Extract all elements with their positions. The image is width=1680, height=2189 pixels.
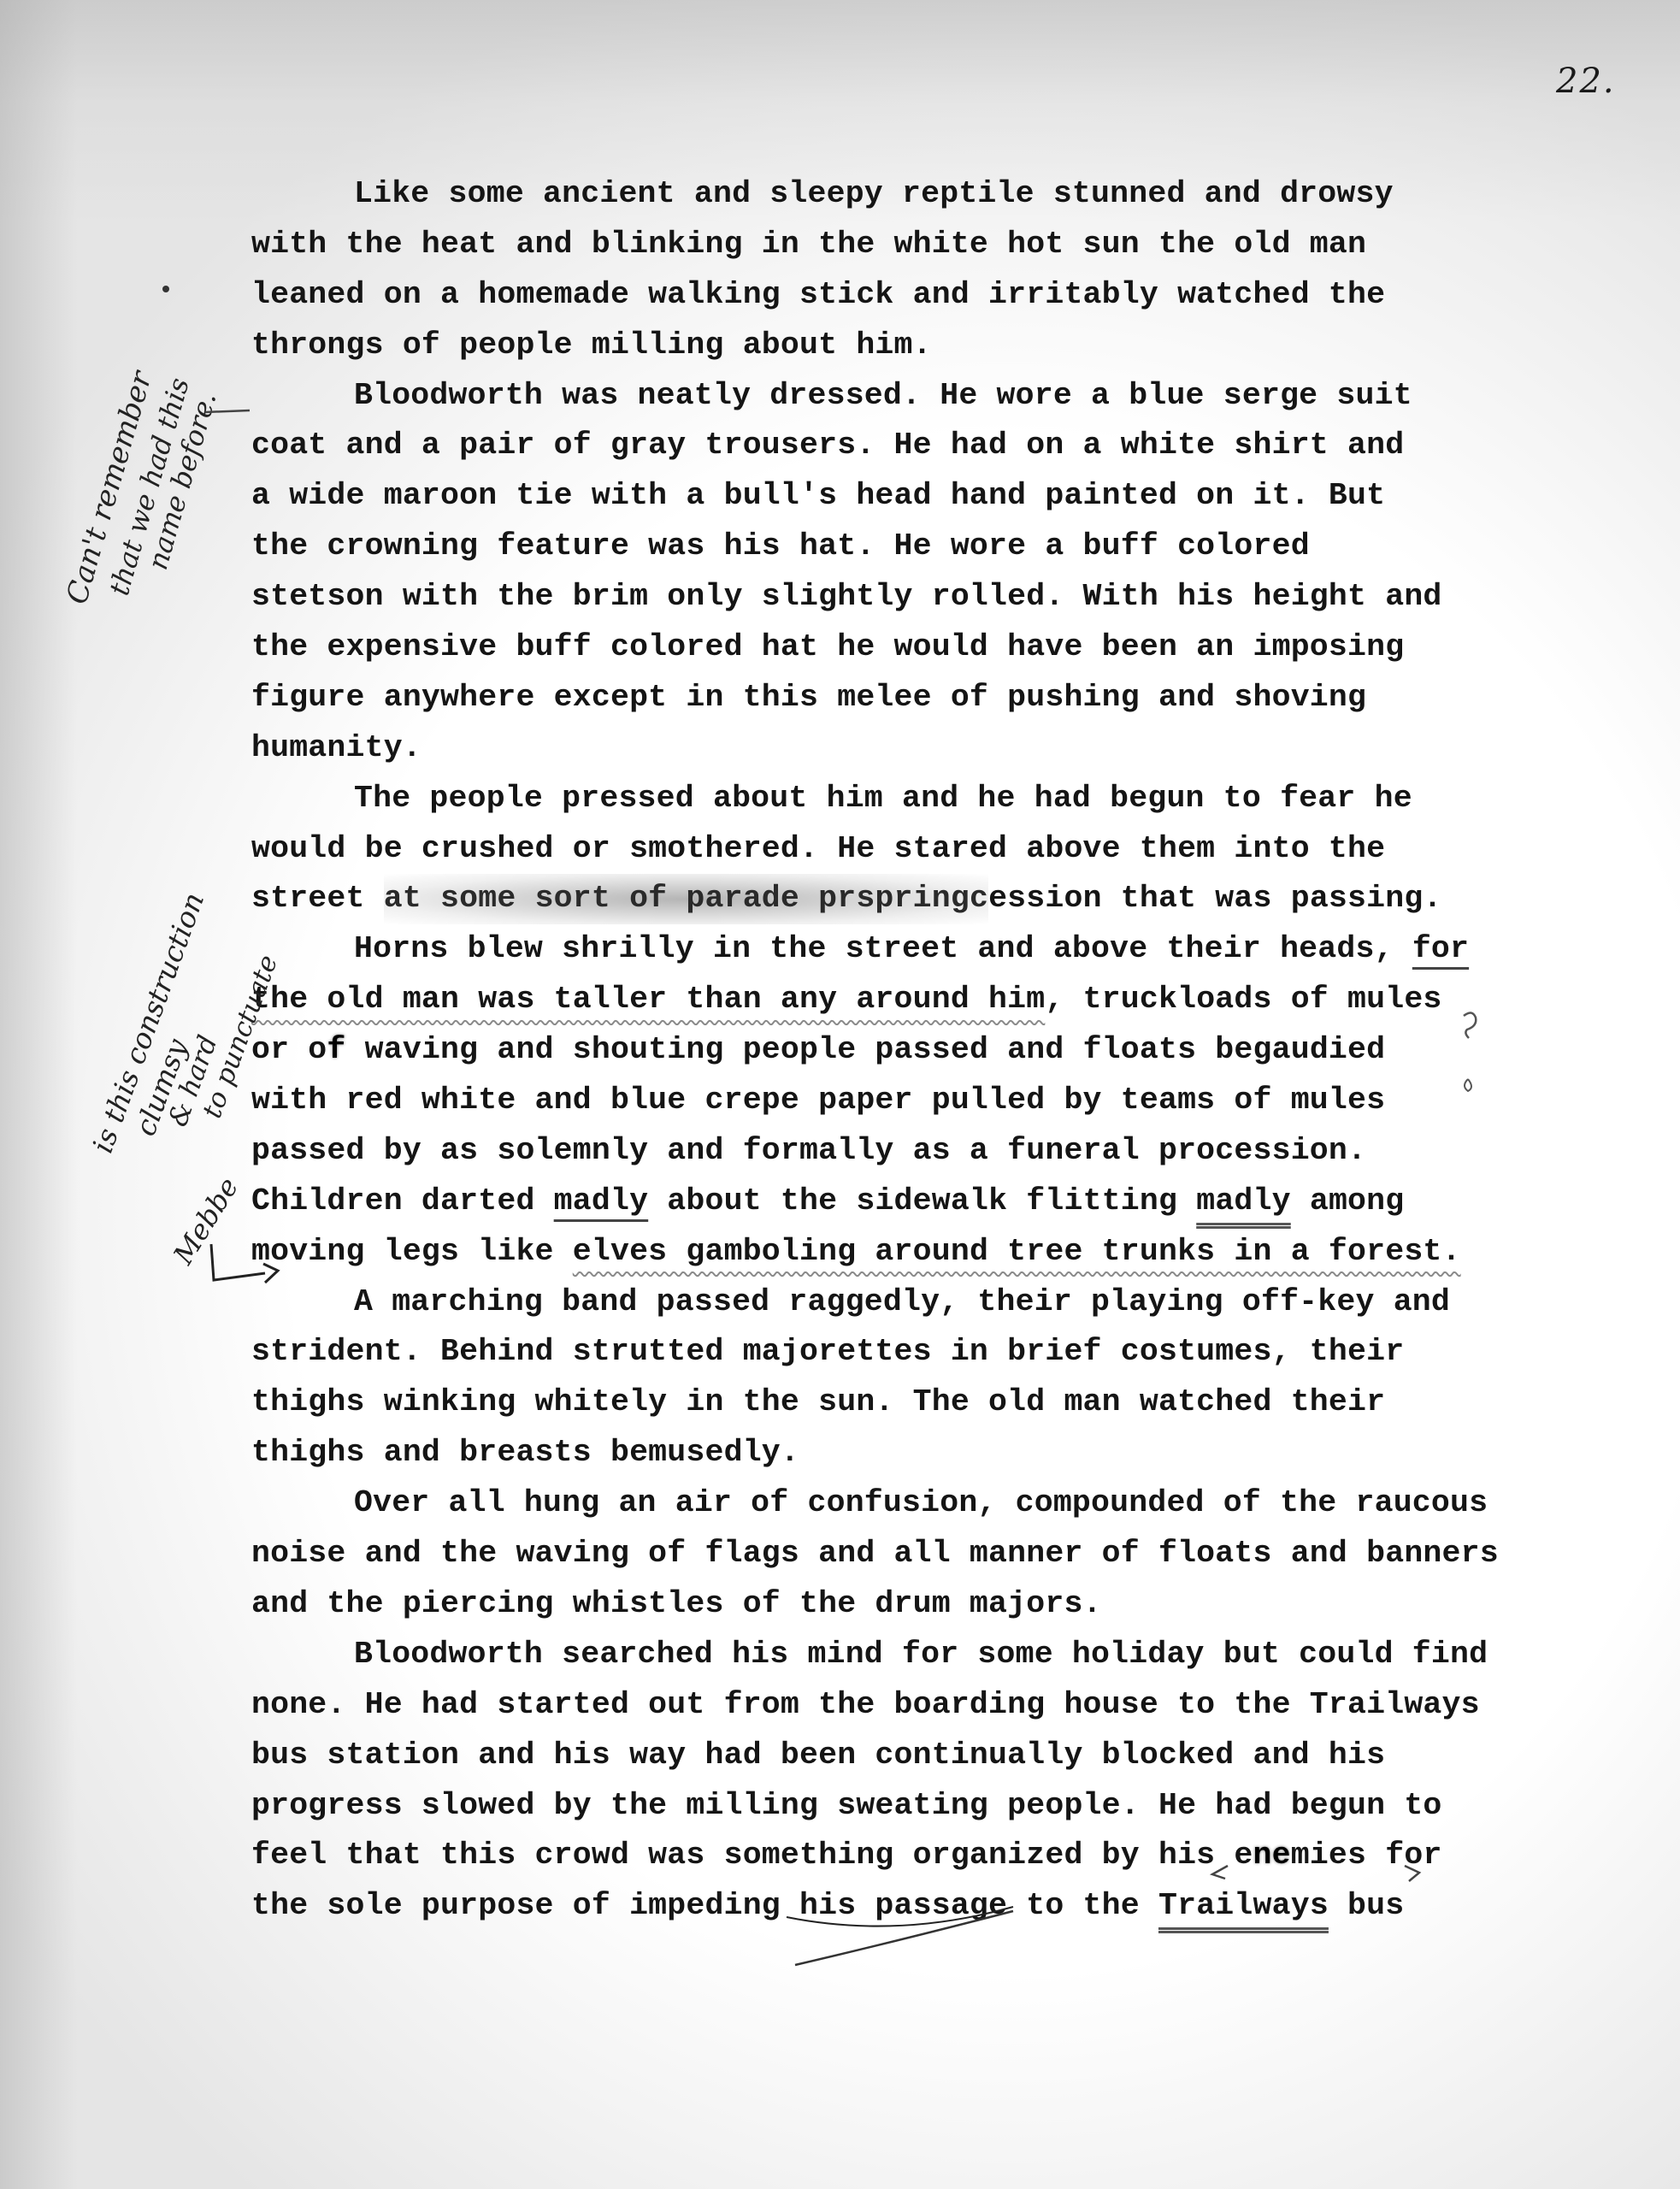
double-underlined-word: Trailways <box>1158 1888 1329 1923</box>
text-line: Children darted madly about the sidewalk… <box>251 1177 1653 1227</box>
text-line: Like some ancient and sleepy reptile stu… <box>251 169 1653 220</box>
text-line: the old man was taller than any around h… <box>251 975 1653 1025</box>
text-line: strident. Behind strutted majorettes in … <box>251 1327 1653 1378</box>
text: about the sidewalk flitting <box>648 1183 1196 1218</box>
text-line: none. He had started out from the boardi… <box>251 1680 1653 1731</box>
text-line: throngs of people milling about him. <box>251 321 1653 371</box>
text: , truckloads of mules <box>1045 982 1441 1017</box>
text-line: moving legs like elves gamboling around … <box>251 1227 1653 1277</box>
typed-strikeover: at some sort of parade prspringc <box>384 874 988 924</box>
page-number: 22. <box>1556 62 1616 101</box>
text-line: stetson with the brim only slightly roll… <box>251 572 1653 622</box>
wavy-underlined-phrase: elves gamboling around tree trunks in a … <box>573 1234 1461 1269</box>
wavy-underlined-phrase: the old man was taller than any around h… <box>251 982 1045 1017</box>
text-line: Bloodworth was neatly dressed. He wore a… <box>251 371 1653 422</box>
text: the sole purpose of impeding his passage… <box>251 1888 1158 1923</box>
text-line: the crowning feature was his hat. He wor… <box>251 522 1653 572</box>
text-line: Over all hung an air of confusion, compo… <box>251 1478 1653 1529</box>
double-underlined-word: madly <box>1196 1183 1291 1218</box>
text-line: progress slowed by the milling sweating … <box>251 1781 1653 1832</box>
dot-mark-icon <box>162 286 169 292</box>
text: street <box>251 881 384 916</box>
text-line: thighs and breasts bemusedly. <box>251 1428 1653 1478</box>
text-line: leaned on a homemade walking stick and i… <box>251 270 1653 321</box>
text-line: and the piercing whistles of the drum ma… <box>251 1579 1653 1630</box>
scan-shadow <box>0 0 77 2189</box>
text-line: Bloodworth searched his mind for some ho… <box>251 1630 1653 1680</box>
overstruck-letter: f <box>327 1032 345 1067</box>
text-line-with-strikeover: street at some sort of parade prspringce… <box>251 874 1653 924</box>
text-line: the sole purpose of impeding his passage… <box>251 1881 1653 1932</box>
manuscript-body: Like some ancient and sleepy reptile stu… <box>251 169 1653 1932</box>
text: moving legs like <box>251 1234 573 1269</box>
text-line: passed by as solemnly and formally as a … <box>251 1126 1653 1177</box>
text-line: coat and a pair of gray trousers. He had… <box>251 421 1653 471</box>
text-line: figure anywhere except in this melee of … <box>251 673 1653 723</box>
text: ession that was passing. <box>988 881 1442 916</box>
text: Children darted <box>251 1183 554 1218</box>
text-line: with the heat and blinking in the white … <box>251 220 1653 270</box>
text-line: the expensive buff colored hat he would … <box>251 622 1653 673</box>
margin-note-mebbe: Mebbe <box>167 1171 245 1270</box>
text-line: The people pressed about him and he had … <box>251 774 1653 824</box>
text: waving and shouting people passed and fl… <box>346 1032 1386 1067</box>
text-line: thighs winking whitely in the sun. The o… <box>251 1378 1653 1428</box>
text: among <box>1291 1183 1405 1218</box>
underlined-word: madly <box>554 1183 649 1218</box>
typed-manuscript-page: 22. Like some ancient and sleepy reptile… <box>0 0 1680 2189</box>
text-line: noise and the waving of flags and all ma… <box>251 1529 1653 1579</box>
overstruck-letters: ne <box>1253 1838 1291 1873</box>
underlined-word: for <box>1412 931 1469 966</box>
text-line: Horns blew shrilly in the street and abo… <box>251 924 1653 975</box>
text-line: would be crushed or smothered. He stared… <box>251 824 1653 875</box>
text: Horns blew shrilly in the street and abo… <box>354 931 1412 966</box>
text-line: with red white and blue crepe paper pull… <box>251 1076 1653 1126</box>
text: mies for <box>1291 1838 1442 1873</box>
text-line: bus station and his way had been continu… <box>251 1731 1653 1781</box>
text: bus <box>1329 1888 1404 1923</box>
text-line: A marching band passed raggedly, their p… <box>251 1277 1653 1328</box>
text-line: feel that this crowd was something organ… <box>251 1831 1653 1881</box>
text-line: humanity. <box>251 723 1653 774</box>
text: feel that this crowd was something organ… <box>251 1838 1253 1873</box>
text: or o <box>251 1032 327 1067</box>
text-line: or of waving and shouting people passed … <box>251 1025 1653 1076</box>
text-line: a wide maroon tie with a bull's head han… <box>251 471 1653 522</box>
